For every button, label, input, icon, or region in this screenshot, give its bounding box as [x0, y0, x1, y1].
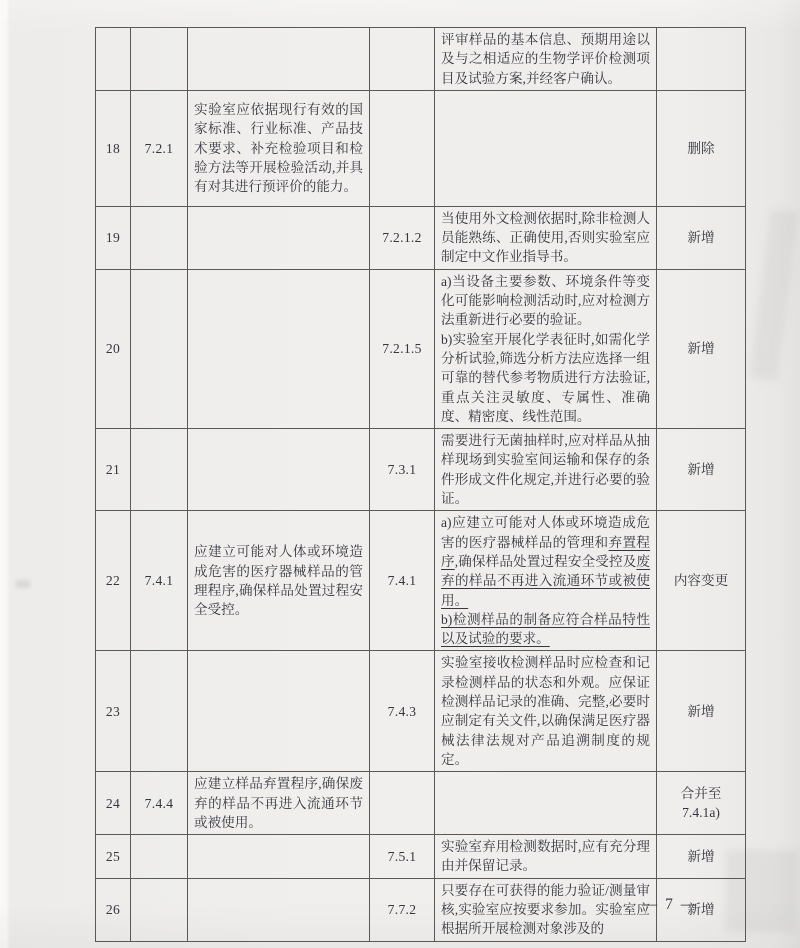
new-clause-cell: 7.4.3: [370, 651, 435, 772]
new-clause-cell: 7.3.1: [370, 429, 435, 511]
row-number-cell: 22: [96, 511, 131, 651]
table-row: 217.3.1需要进行无菌抽样时,应对样品从抽样现场到实验室间运输和保存的条件形…: [96, 429, 746, 511]
table-row: 257.5.1实验室弃用检测数据时,应有充分理由并保留记录。新增: [96, 835, 746, 879]
old-clause-cell: 7.4.4: [131, 772, 188, 835]
status-cell: 新增: [657, 651, 746, 772]
table-row: 227.4.1应建立可能对人体或环境造成危害的医疗器械样品的管理程序,确保样品处…: [96, 511, 746, 651]
old-text-cell: 应建立可能对人体或环境造成危害的医疗器械样品的管理程序,确保样品处置过程安全受控…: [188, 511, 370, 651]
status-cell: 新增: [657, 206, 746, 269]
new-clause-cell: 7.2.1.5: [370, 269, 435, 428]
new-text-cell: 需要进行无菌抽样时,应对样品从抽样现场到实验室间运输和保存的条件形成文件化规定,…: [435, 429, 657, 511]
old-text-cell: [188, 835, 370, 879]
old-text-cell: 实验室应依据现行有效的国家标准、行业标准、产品技术要求、补充检验项目和检验方法等…: [188, 90, 370, 206]
new-text-cell: 评审样品的基本信息、预期用途以及与之相适应的生物学评价检测项目及试验方案,并经客…: [435, 28, 657, 91]
text-segment: 当使用外文检测依据时,除非检测人员能熟练、正确使用,否则实验室应制定中文作业指导…: [441, 211, 650, 265]
row-number-cell: 24: [96, 772, 131, 835]
old-clause-cell: [131, 835, 188, 879]
row-number-cell: 26: [96, 878, 131, 941]
new-text-cell: a)当设备主要参数、环境条件等变化可能影响检测活动时,应对检测方法重新进行必要的…: [435, 269, 657, 428]
text-segment: a)当设备主要参数、环境条件等变化可能影响检测活动时,应对检测方法重新进行必要的…: [441, 274, 650, 328]
new-text-cell: 实验室弃用检测数据时,应有充分理由并保留记录。: [435, 835, 657, 879]
row-number-cell: [96, 28, 131, 91]
old-clause-cell: [131, 28, 188, 91]
table-row: 207.2.1.5a)当设备主要参数、环境条件等变化可能影响检测活动时,应对检测…: [96, 269, 746, 428]
underlined-text-segment: b)检测样品的制备应符合样品特性以及试验的要求。: [441, 612, 650, 646]
new-clause-cell: 7.2.1.2: [370, 206, 435, 269]
row-number-cell: 21: [96, 429, 131, 511]
text-segment: 需要进行无菌抽样时,应对样品从抽样现场到实验室间运输和保存的条件形成文件化规定,…: [441, 433, 650, 506]
new-text-cell: 当使用外文检测依据时,除非检测人员能熟练、正确使用,否则实验室应制定中文作业指导…: [435, 206, 657, 269]
old-text-cell: [188, 429, 370, 511]
status-cell: 新增: [657, 269, 746, 428]
old-text-cell: [188, 651, 370, 772]
new-clause-cell: 7.5.1: [370, 835, 435, 879]
new-clause-cell: [370, 28, 435, 91]
text-segment: ,确保样品处置过程安全受控及: [455, 554, 637, 569]
row-number-cell: 25: [96, 835, 131, 879]
status-cell: 新增: [657, 835, 746, 879]
new-text-cell: [435, 90, 657, 206]
old-clause-cell: [131, 878, 188, 941]
page-number: — 7 —: [595, 896, 745, 914]
table-row: 评审样品的基本信息、预期用途以及与之相适应的生物学评价检测项目及试验方案,并经客…: [96, 28, 746, 91]
text-segment: 实验室接收检测样品时应检查和记录检测样品的状态和外观。应保证检测样品记录的准确、…: [441, 655, 650, 766]
row-number-cell: 18: [96, 90, 131, 206]
new-text-cell: a)应建立可能对人体或环境造成危害的医疗器械样品的管理和弃置程序,确保样品处置过…: [435, 511, 657, 651]
row-number-cell: 20: [96, 269, 131, 428]
row-number-cell: 19: [96, 206, 131, 269]
text-segment: 实验室弃用检测数据时,应有充分理由并保留记录。: [441, 839, 650, 873]
old-text-cell: 应建立样品弃置程序,确保废弃的样品不再进入流通环节或被使用。: [188, 772, 370, 835]
old-clause-cell: [131, 429, 188, 511]
new-text-cell: 实验室接收检测样品时应检查和记录检测样品的状态和外观。应保证检测样品记录的准确、…: [435, 651, 657, 772]
old-text-cell: [188, 269, 370, 428]
new-text-cell: [435, 772, 657, 835]
new-clause-cell: 7.4.1: [370, 511, 435, 651]
old-clause-cell: [131, 651, 188, 772]
table-row: 247.4.4应建立样品弃置程序,确保废弃的样品不再进入流通环节或被使用。合并至…: [96, 772, 746, 835]
old-clause-cell: 7.2.1: [131, 90, 188, 206]
old-clause-cell: 7.4.1: [131, 511, 188, 651]
old-text-cell: [188, 206, 370, 269]
old-clause-cell: [131, 269, 188, 428]
table-row: 187.2.1实验室应依据现行有效的国家标准、行业标准、产品技术要求、补充检验项…: [96, 90, 746, 206]
status-cell: 内容变更: [657, 511, 746, 651]
old-text-cell: [188, 28, 370, 91]
status-cell: [657, 28, 746, 91]
status-cell: 合并至 7.4.1a): [657, 772, 746, 835]
status-cell: 新增: [657, 429, 746, 511]
new-clause-cell: 7.7.2: [370, 878, 435, 941]
old-clause-cell: [131, 206, 188, 269]
status-cell: 删除: [657, 90, 746, 206]
old-text-cell: [188, 878, 370, 941]
table-body: 评审样品的基本信息、预期用途以及与之相适应的生物学评价检测项目及试验方案,并经客…: [96, 28, 746, 942]
new-clause-cell: [370, 90, 435, 206]
new-clause-cell: [370, 772, 435, 835]
text-segment: 评审样品的基本信息、预期用途以及与之相适应的生物学评价检测项目及试验方案,并经客…: [441, 32, 650, 86]
revision-comparison-table: 评审样品的基本信息、预期用途以及与之相适应的生物学评价检测项目及试验方案,并经客…: [95, 27, 746, 942]
table-row: 197.2.1.2当使用外文检测依据时,除非检测人员能熟练、正确使用,否则实验室…: [96, 206, 746, 269]
text-segment: b)实验室开展化学表征时,如需化学分析试验,筛选分析方法应选择一组可靠的替代参考…: [441, 332, 650, 424]
table-row: 237.4.3实验室接收检测样品时应检查和记录检测样品的状态和外观。应保证检测样…: [96, 651, 746, 772]
row-number-cell: 23: [96, 651, 131, 772]
